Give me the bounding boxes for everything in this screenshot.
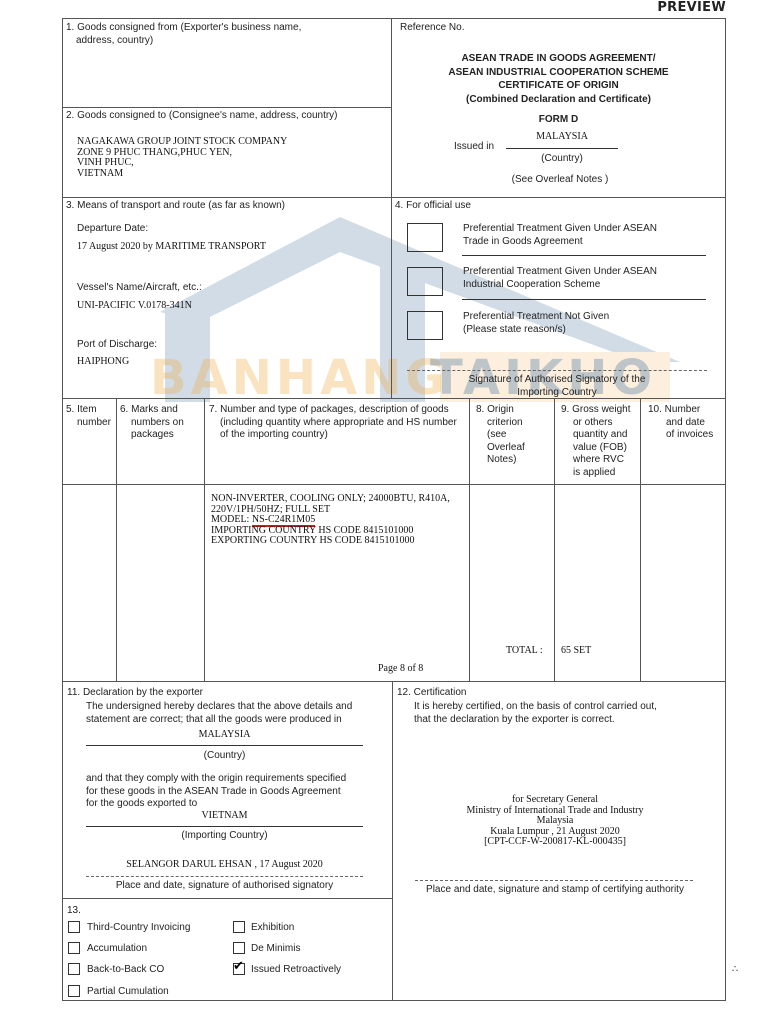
- authority-line: Malaysia: [415, 816, 695, 827]
- header-line: Notes): [476, 454, 525, 467]
- total-value[interactable]: 65 SET: [561, 646, 591, 657]
- header-line: 9. Gross weight: [561, 404, 630, 417]
- col-divider: [469, 398, 470, 681]
- header-line: (see: [476, 429, 525, 442]
- option-line: Preferential Treatment Given Under ASEAN: [463, 266, 657, 279]
- header-line: value (FOB): [561, 442, 630, 455]
- divider-center-lower: [392, 681, 393, 1000]
- divider-table-header: [62, 484, 726, 485]
- divider-box1-box2: [62, 107, 391, 108]
- certification-line: that the declaration by the exporter is …: [414, 714, 657, 727]
- frame-bottom: [62, 1000, 726, 1001]
- header-line: packages: [120, 429, 184, 442]
- col-divider: [204, 398, 205, 681]
- port-value[interactable]: HAIPHONG: [77, 357, 129, 368]
- importing-country-caption: (Importing Country): [86, 830, 363, 843]
- option-rule: [462, 255, 706, 256]
- produced-in-underline: [86, 745, 363, 746]
- vessel-label: Vessel's Name/Aircraft, etc.:: [77, 282, 202, 295]
- checkmark-icon: ✔: [233, 959, 244, 974]
- header-line: 5. Item: [66, 404, 111, 417]
- header-line: where RVC: [561, 454, 630, 467]
- checkbox-label: Accumulation: [87, 943, 147, 956]
- checkbox-label: Partial Cumulation: [87, 986, 169, 999]
- declaration-line: statement are correct; that all the good…: [86, 714, 352, 727]
- consignee-field[interactable]: NAGAKAWA GROUP JOINT STOCK COMPANY ZONE …: [77, 137, 287, 179]
- title-line: ASEAN TRADE IN GOODS AGREEMENT/: [392, 52, 725, 66]
- caption-line: Signature of Authorised Signatory of the: [407, 374, 707, 387]
- frame-right-upper: [725, 18, 726, 681]
- header-origin-criterion: 8. Origin criterion (see Overleaf Notes): [476, 404, 525, 467]
- description-line: EXPORTING COUNTRY HS CODE 8415101000: [211, 536, 450, 547]
- official-checkbox-aico[interactable]: [407, 267, 443, 296]
- header-line: numbers on: [120, 417, 184, 430]
- option-line: Industrial Cooperation Scheme: [463, 279, 657, 292]
- header-line: and date: [648, 417, 713, 430]
- frame-right-lower: [725, 681, 726, 1000]
- divider-box11-box13: [62, 898, 392, 899]
- exported-to-underline: [86, 826, 363, 827]
- authority-line: for Secretary General: [415, 795, 695, 806]
- departure-label: Departure Date:: [77, 223, 148, 236]
- header-marks: 6. Marks and numbers on packages: [120, 404, 184, 442]
- caption-line: Importing Country: [407, 387, 707, 400]
- option-rule: [462, 299, 706, 300]
- header-line: or others: [561, 417, 630, 430]
- official-checkbox-atiga[interactable]: [407, 223, 443, 252]
- certificate-subtitle: (Combined Declaration and Certificate): [392, 93, 725, 107]
- col-divider: [640, 398, 641, 681]
- checkbox-third-country-invoicing[interactable]: [68, 921, 80, 933]
- header-line: number: [66, 417, 111, 430]
- header-line: (including quantity where appropriate an…: [209, 417, 457, 430]
- box13-label: 13.: [67, 905, 81, 918]
- importing-signature-caption: Signature of Authorised Signatory of the…: [407, 374, 707, 399]
- option-line: Preferential Treatment Not Given: [463, 311, 609, 324]
- consignee-line: VIETNAM: [77, 169, 287, 180]
- model-label: MODEL:: [211, 514, 252, 525]
- authority-signature-caption: Place and date, signature and stamp of c…: [410, 884, 700, 897]
- header-line: Overleaf: [476, 442, 525, 455]
- authority-line: [CPT-CCF-W-200817-KL-000435]: [415, 837, 695, 848]
- divider-row2: [62, 197, 726, 198]
- header-description: 7. Number and type of packages, descript…: [209, 404, 457, 442]
- scan-artifact: ∴: [732, 964, 738, 975]
- vessel-value[interactable]: UNI-PACIFIC V.0178-341N: [77, 301, 192, 312]
- official-option-label: Preferential Treatment Given Under ASEAN…: [463, 223, 657, 248]
- country-caption: (Country): [86, 750, 363, 763]
- issued-in-value[interactable]: MALAYSIA: [506, 132, 618, 143]
- header-line: quantity and: [561, 429, 630, 442]
- checkbox-accumulation[interactable]: [68, 942, 80, 954]
- overleaf-note: (See Overleaf Notes ): [480, 174, 640, 187]
- header-invoices: 10. Number and date of invoices: [648, 404, 713, 442]
- official-option-label: Preferential Treatment Given Under ASEAN…: [463, 266, 657, 291]
- authority-signature-rule: [415, 880, 693, 881]
- model-line: MODEL: NS-C24R1M05: [211, 515, 450, 526]
- consignee-line: NAGAKAWA GROUP JOINT STOCK COMPANY: [77, 137, 287, 148]
- box12-label: 12. Certification: [397, 687, 466, 700]
- header-line: 8. Origin: [476, 404, 525, 417]
- checkbox-de-minimis[interactable]: [233, 942, 245, 954]
- frame-left-upper: [62, 18, 63, 681]
- option-line: Preferential Treatment Given Under ASEAN: [463, 223, 657, 236]
- goods-description[interactable]: NON-INVERTER, COOLING ONLY; 24000BTU, R4…: [211, 494, 450, 547]
- official-checkbox-not-given[interactable]: [407, 311, 443, 340]
- certificate-title: ASEAN TRADE IN GOODS AGREEMENT/ ASEAN IN…: [392, 52, 725, 106]
- frame-left-lower: [62, 681, 63, 1000]
- box4-label: 4. For official use: [395, 200, 471, 213]
- header-line: of the importing country): [209, 429, 457, 442]
- divider-table-bottom: [62, 681, 726, 682]
- checkbox-label: Back-to-Back CO: [87, 964, 164, 977]
- page-number: Page 8 of 8: [378, 664, 423, 675]
- form-name: FORM D: [392, 114, 725, 127]
- produced-in-value[interactable]: MALAYSIA: [86, 730, 363, 741]
- exporter-place-date[interactable]: SELANGOR DARUL EHSAN , 17 August 2020: [86, 860, 363, 871]
- checkbox-label: Exhibition: [251, 922, 294, 935]
- signature-rule: [407, 370, 707, 371]
- option-line: (Please state reason/s): [463, 324, 609, 337]
- exporter-signature-rule: [86, 876, 363, 877]
- box1-label-line: address, country): [66, 35, 301, 48]
- header-line: 6. Marks and: [120, 404, 184, 417]
- header-line: 10. Number: [648, 404, 713, 417]
- exporter-field[interactable]: [66, 50, 386, 102]
- header-line: 7. Number and type of packages, descript…: [209, 404, 457, 417]
- checkbox-back-to-back-co[interactable]: [68, 963, 80, 975]
- declaration-line: and that they comply with the origin req…: [86, 773, 346, 786]
- title-line: CERTIFICATE OF ORIGIN: [392, 79, 725, 93]
- col-divider: [554, 398, 555, 681]
- title-line: ASEAN INDUSTRIAL COOPERATION SCHEME: [392, 66, 725, 80]
- checkbox-label: Issued Retroactively: [251, 964, 341, 977]
- checkbox-partial-cumulation[interactable]: [68, 985, 80, 997]
- issued-in-underline: [506, 148, 618, 149]
- declaration-line: for the goods exported to: [86, 798, 346, 811]
- issued-in-label: Issued in: [454, 141, 494, 154]
- country-caption: (Country): [506, 153, 618, 166]
- preview-label: PREVIEW: [657, 0, 726, 15]
- declaration-text: The undersigned hereby declares that the…: [86, 701, 352, 726]
- official-option-label: Preferential Treatment Not Given (Please…: [463, 311, 609, 336]
- header-gross-weight: 9. Gross weight or others quantity and v…: [561, 404, 630, 479]
- reference-label: Reference No.: [400, 22, 464, 35]
- checkbox-issued-retroactively[interactable]: ✔: [233, 963, 245, 975]
- box11-label: 11. Declaration by the exporter: [67, 687, 203, 700]
- declaration-line: The undersigned hereby declares that the…: [86, 701, 352, 714]
- box1-label-line: 1. Goods consigned from (Exporter's busi…: [66, 22, 301, 35]
- col-divider: [116, 398, 117, 681]
- departure-value[interactable]: 17 August 2020 by MARITIME TRANSPORT: [77, 242, 266, 253]
- consignee-line: VINH PHUC,: [77, 158, 287, 169]
- header-line: of invoices: [648, 429, 713, 442]
- option-line: Trade in Goods Agreement: [463, 236, 657, 249]
- exporter-signature-caption: Place and date, signature of authorised …: [86, 880, 363, 893]
- exported-to-value[interactable]: VIETNAM: [86, 811, 363, 822]
- box1-label: 1. Goods consigned from (Exporter's busi…: [66, 22, 301, 47]
- header-item-number: 5. Item number: [66, 404, 111, 429]
- total-label: TOTAL :: [506, 646, 543, 657]
- header-line: is applied: [561, 467, 630, 480]
- port-label: Port of Discharge:: [77, 339, 157, 352]
- header-line: criterion: [476, 417, 525, 430]
- checkbox-label: Third-Country Invoicing: [87, 922, 190, 935]
- certifying-authority[interactable]: for Secretary General Ministry of Intern…: [415, 795, 695, 848]
- checkbox-label: De Minimis: [251, 943, 300, 956]
- declaration-text-2: and that they comply with the origin req…: [86, 773, 346, 811]
- frame-top: [62, 18, 726, 19]
- checkbox-exhibition[interactable]: [233, 921, 245, 933]
- box3-label: 3. Means of transport and route (as far …: [66, 200, 285, 213]
- certification-line: It is hereby certified, on the basis of …: [414, 701, 657, 714]
- box2-label: 2. Goods consigned to (Consignee's name,…: [66, 110, 338, 123]
- description-line: NON-INVERTER, COOLING ONLY; 24000BTU, R4…: [211, 494, 450, 505]
- declaration-line: for these goods in the ASEAN Trade in Go…: [86, 786, 346, 799]
- certification-text: It is hereby certified, on the basis of …: [414, 701, 657, 726]
